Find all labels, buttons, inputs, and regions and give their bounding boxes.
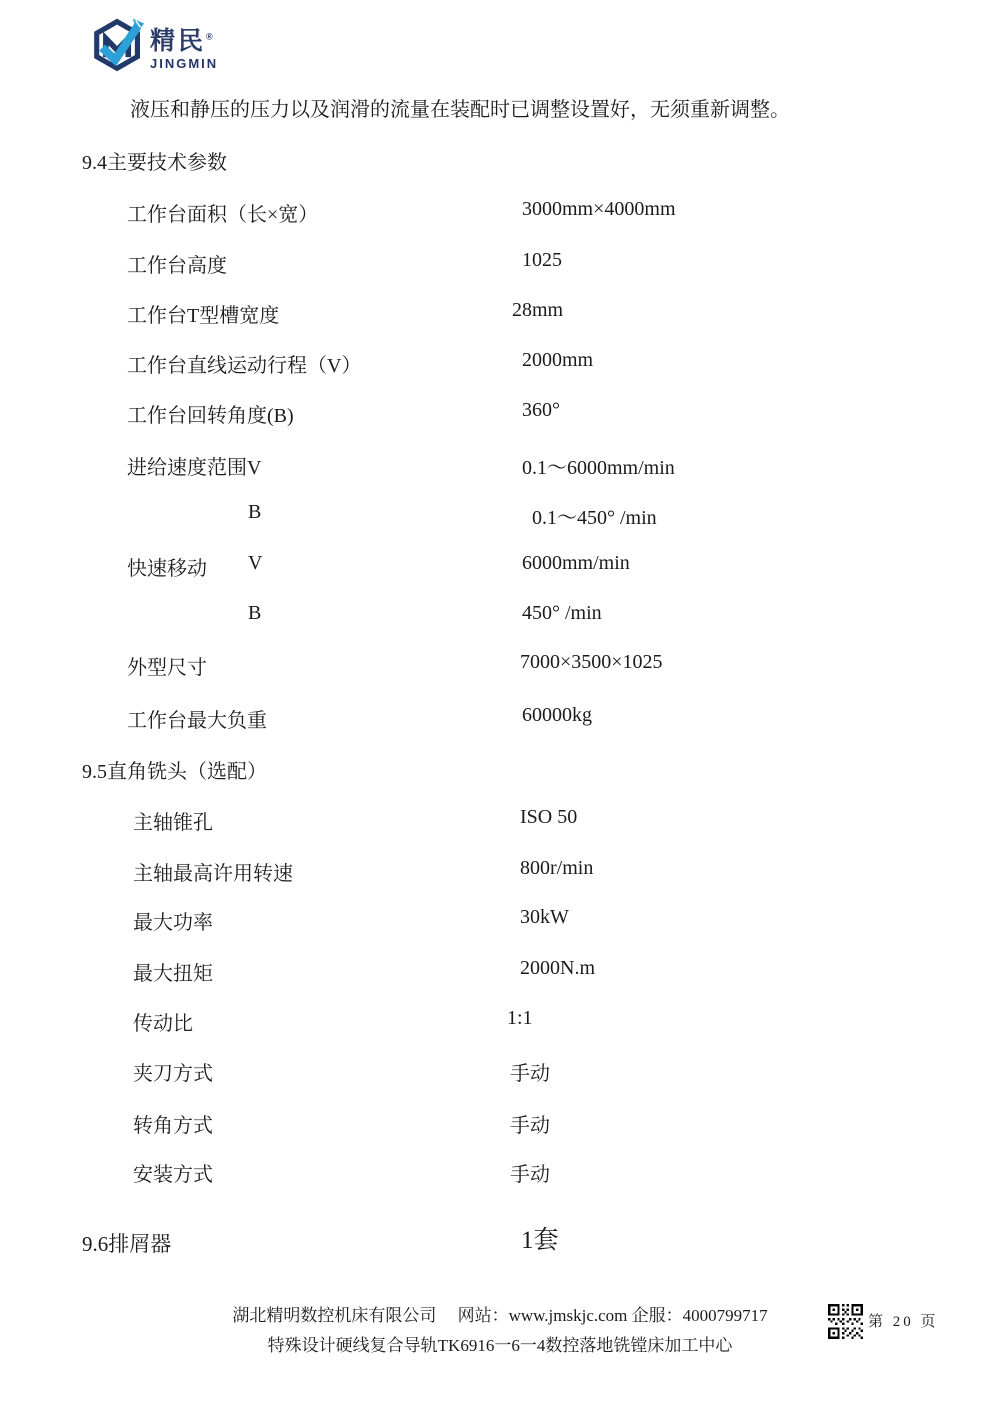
spec-value: 手动 [510,1109,550,1138]
spec-row: 主轴最高许用转速 800r/min [0,857,1000,883]
section-heading-9-5: 9.5直角铣头（选配） [82,755,267,784]
spec-value: 450° /min [522,602,602,625]
spec-value: 1套 [521,1220,559,1256]
spec-row: B 450° /min [0,602,1000,628]
spec-row: 快速移动 V 6000mm/min [0,552,1000,578]
qr-code-icon [827,1304,864,1339]
spec-value: 2000mm [522,349,593,372]
spec-row: 工作台回转角度(B) 360° [0,399,1000,425]
spec-label: 最大扭矩 [133,957,213,986]
spec-row: B 0.1～450° /min [0,501,1000,527]
spec-label: 工作台T型槽宽度 [127,299,279,328]
spec-value: 6000mm/min [522,552,630,575]
spec-label: 快速移动 [127,552,207,581]
spec-row: 工作台面积（长×宽） 3000mm×4000mm [0,198,1000,224]
spec-value: 手动 [510,1158,550,1187]
spec-value: 1025 [522,249,562,272]
section-heading-9-6: 9.6排屑器 [82,1228,171,1258]
company-logo: 精民® JINGMIN [90,16,218,72]
spec-row: 主轴锥孔 ISO 50 [0,806,1000,832]
brand-name-en: JINGMIN [150,57,218,70]
spec-label: 最大功率 [133,906,213,935]
spec-row: 进给速度范围V 0.1～6000mm/min [0,451,1000,477]
spec-row: 夹刀方式 手动 [0,1057,1000,1083]
spec-label: 安装方式 [133,1158,213,1187]
page-number: 第 20 页 [868,1310,939,1331]
logo-hexagon-icon [90,16,146,72]
spec-label: 主轴锥孔 [133,806,213,835]
spec-value: 800r/min [520,857,593,880]
spec-label: B [248,501,261,524]
spec-label: 传动比 [133,1007,193,1036]
spec-value: 2000N.m [520,957,595,980]
spec-label: 工作台面积（长×宽） [127,198,318,227]
spec-label: 工作台高度 [127,249,227,278]
spec-value: 7000×3500×1025 [520,651,663,674]
spec-value: 30kW [520,906,569,929]
spec-row: 工作台高度 1025 [0,249,1000,275]
brand-name-cn: 精民® [150,29,218,54]
spec-label: 夹刀方式 [133,1057,213,1086]
spec-label: 外型尺寸 [127,651,207,680]
logo-text: 精民® JINGMIN [150,16,218,70]
spec-value: 1:1 [507,1007,533,1030]
spec-row: 最大功率 30kW [0,906,1000,932]
spec-value: 60000kg [522,704,592,727]
spec-row: 转角方式 手动 [0,1109,1000,1135]
spec-row: 外型尺寸 7000×3500×1025 [0,651,1000,677]
spec-label: 工作台直线运动行程（V） [127,349,361,378]
spec-row: 工作台直线运动行程（V） 2000mm [0,349,1000,375]
spec-value: 0.1～450° /min [532,501,657,530]
spec-sublabel: V [248,552,262,575]
spec-row: 传动比 1:1 [0,1007,1000,1033]
spec-value: 手动 [510,1057,550,1086]
spec-row: 工作台T型槽宽度 28mm [0,299,1000,325]
spec-value: ISO 50 [520,806,577,829]
document-page: 精民® JINGMIN 液压和静压的压力以及润滑的流量在装配时已调整设置好，无须… [0,0,1000,1417]
spec-label: 工作台回转角度(B) [127,399,294,428]
spec-value: 0.1～6000mm/min [522,451,675,480]
spec-value: 28mm [512,299,563,322]
spec-row: 安装方式 手动 [0,1158,1000,1184]
spec-label: 工作台最大负重 [127,704,267,733]
spec-value: 360° [522,399,560,422]
section-heading-9-4: 9.4主要技术参数 [82,146,227,175]
intro-paragraph: 液压和静压的压力以及润滑的流量在装配时已调整设置好，无须重新调整。 [130,93,790,122]
spec-label: 进给速度范围V [127,451,261,480]
brand-cn-label: 精民 [150,27,206,55]
spec-row: 最大扭矩 2000N.m [0,957,1000,983]
spec-label: 转角方式 [133,1109,213,1138]
spec-label: B [248,602,261,625]
spec-label: 主轴最高许用转速 [133,857,293,886]
spec-value: 3000mm×4000mm [522,198,676,221]
spec-row: 工作台最大负重 60000kg [0,704,1000,730]
registered-mark: ® [206,32,213,42]
